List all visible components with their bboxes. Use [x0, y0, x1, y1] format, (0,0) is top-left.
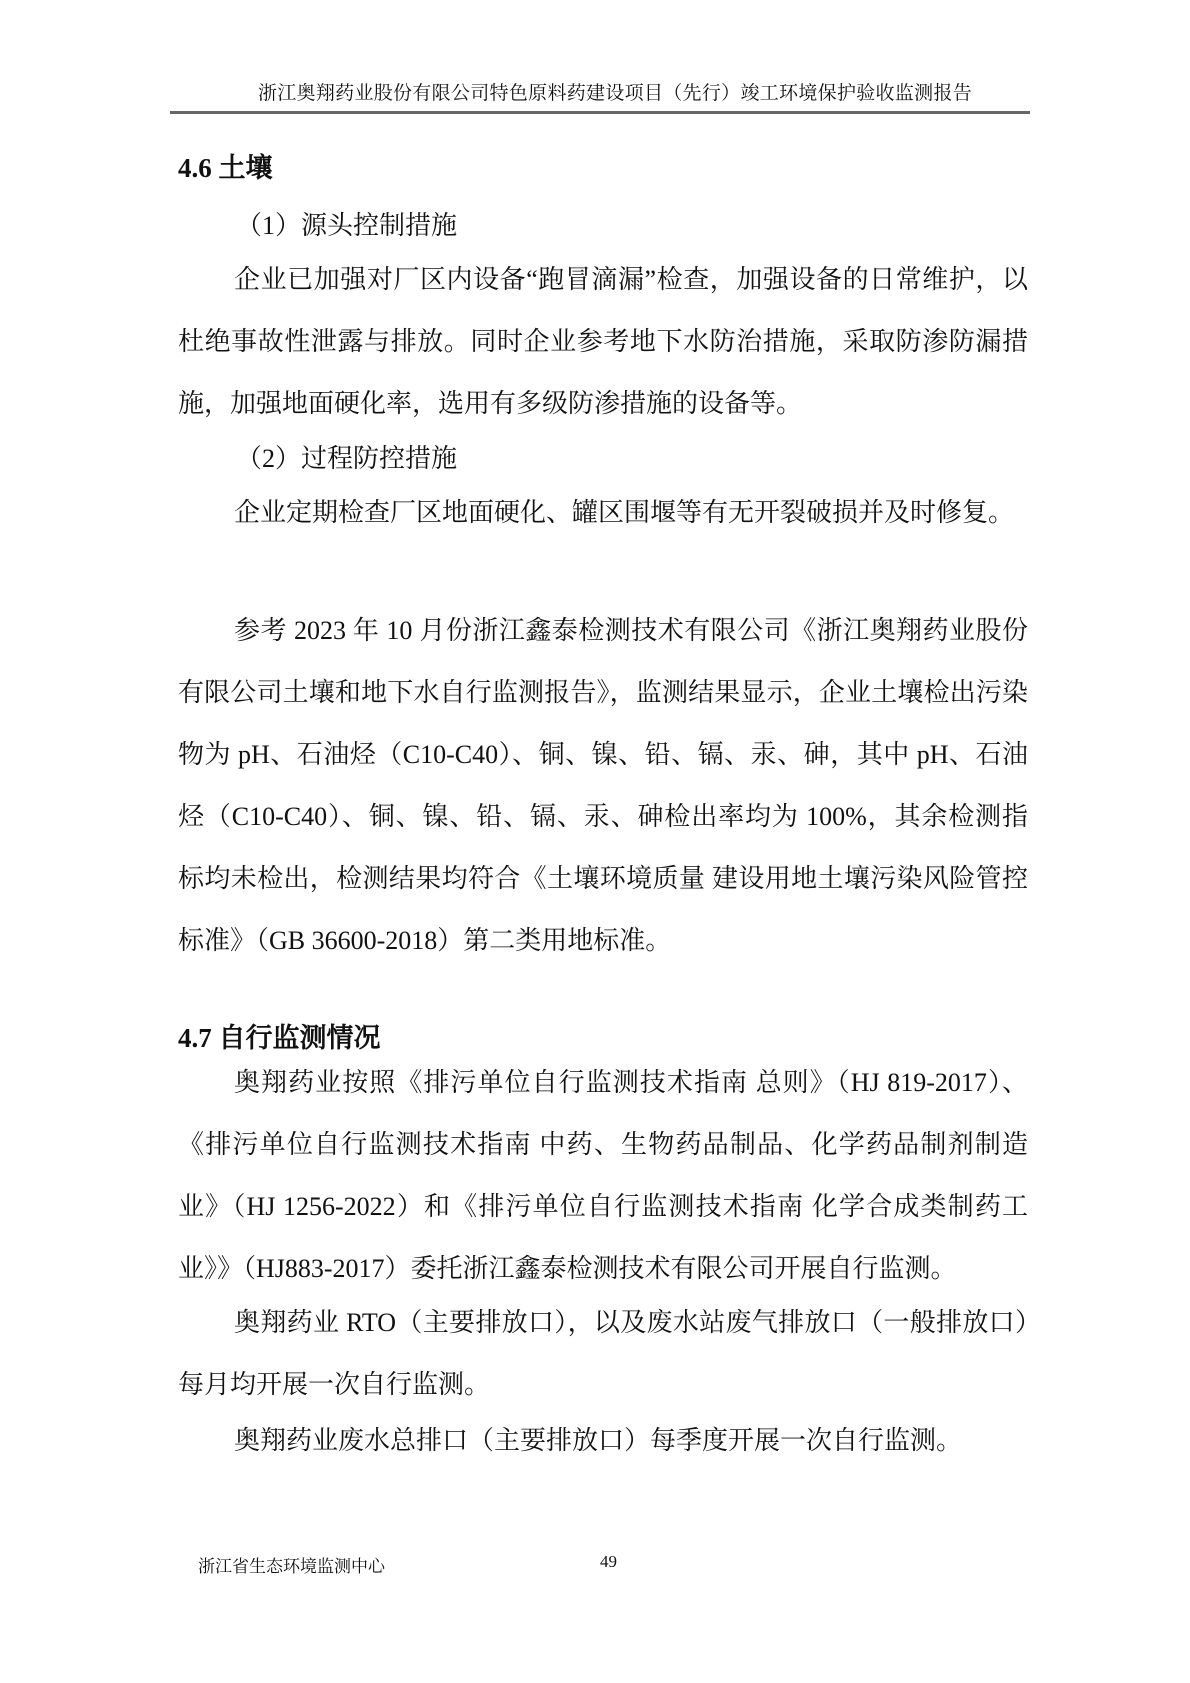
report-title: 浙江奥翔药业股份有限公司特色原料药建设项目（先行）竣工环境保护验收监测报告	[0, 78, 1190, 105]
header-divider	[170, 111, 1030, 114]
subsection-title-source-control: （1）源头控制措施	[236, 205, 457, 242]
paragraph-self-monitoring-standards: 奥翔药业按照《排污单位自行监测技术指南 总则》（HJ 819-2017）、《排污…	[178, 1052, 1028, 1300]
section-heading-4-6: 4.6 土壤	[178, 146, 273, 185]
subsection-title-process-control: （2）过程防控措施	[236, 438, 457, 475]
paragraph-soil-monitoring-report: 参考 2023 年 10 月份浙江鑫泰检测技术有限公司《浙江奥翔药业股份有限公司…	[178, 600, 1028, 972]
paragraph-process-control: 企业定期检查厂区地面硬化、罐区围堰等有无开裂破损并及时修复。	[178, 482, 1028, 544]
paragraph-rto-monitoring: 奥翔药业 RTO（主要排放口），以及废水站废气排放口（一般排放口）每月均开展一次…	[178, 1292, 1028, 1416]
paragraph-source-control: 企业已加强对厂区内设备“跑冒滴漏”检查，加强设备的日常维护，以杜绝事故性泄露与排…	[178, 249, 1028, 435]
page-number: 49	[600, 1552, 617, 1572]
footer-organization: 浙江省生态环境监测中心	[198, 1552, 385, 1577]
paragraph-wastewater-monitoring: 奥翔药业废水总排口（主要排放口）每季度开展一次自行监测。	[178, 1410, 1028, 1472]
section-heading-4-7: 4.7 自行监测情况	[178, 1016, 381, 1055]
